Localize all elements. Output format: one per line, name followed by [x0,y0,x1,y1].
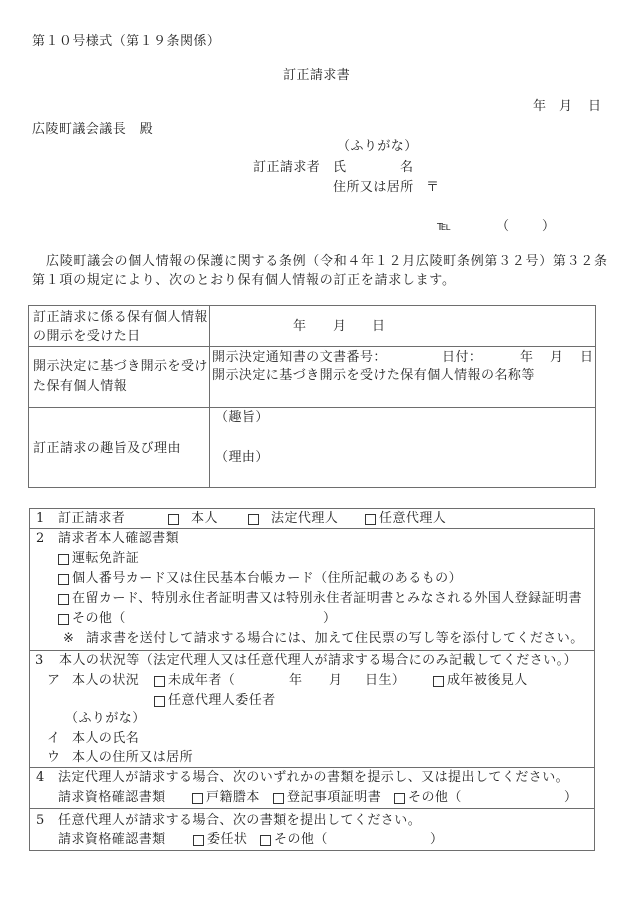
submission-date-day-label: 日 [588,99,601,115]
form-number: 第１０号様式（第１９条関係） [32,34,220,50]
birth-month-label: 月 [329,673,342,689]
qualification-doc-label: 請求資格確認書類 [58,790,166,806]
document-title: 訂正請求書 [283,68,350,84]
principal-address-label: 本人の住所又は居所 [72,750,193,766]
doc-number-label: 開示決定通知書の文書番号： [212,350,387,366]
option-label-registry-certificate: 登記事項証明書 [287,790,381,806]
disclosure-date-day-label: 日 [372,319,385,335]
checkbox-residence-card[interactable] [58,594,69,605]
option-label-legal-representative: 法定代理人 [271,511,338,527]
item-mark-i: イ [47,731,60,747]
requester-furigana-label: （ふりがな） [337,139,418,155]
checkbox-drivers-license[interactable] [58,554,69,565]
section-title: 訂正請求者 [58,511,125,527]
disclosure-date-row: 訂正請求に係る保有個人情報 の開示を受けた日 年 月 日 [29,306,595,346]
other-legal-doc-close-paren: ） [564,790,577,806]
section-number: 4 [36,770,45,786]
option-label-other-agent-doc: その他（ [274,832,328,848]
tel-paren-close: ） [542,219,555,235]
requester-name-label-first: 氏 [333,160,346,176]
section-number: 5 [36,813,45,829]
section-number: 1 [36,511,45,527]
other-id-close-paren: ） [323,611,336,627]
principal-status-label: 本人の状況 [72,673,139,689]
qualification-doc-label: 請求資格確認書類 [58,832,166,848]
checkbox-other-id[interactable] [58,614,69,625]
details-table: 1 訂正請求者 本人 法定代理人 任意代理人 2 請求者本人確認書類 運転免許証… [29,508,595,851]
checkbox-principal[interactable] [154,696,165,707]
section-title: 本人の状況等（法定代理人又は任意代理人が請求する場合にのみ記載してください。） [59,653,577,669]
option-label-minor: 未成年者（ [168,673,235,689]
checkbox-voluntary-agent[interactable] [365,514,376,525]
section-number: 3 [35,653,44,669]
section-legal-representative-docs: 4 法定代理人が請求する場合、次のいずれかの書類を提示し、又は提出してください。… [30,768,594,808]
checkbox-registry-certificate[interactable] [273,793,284,804]
option-label-drivers-license: 運転免許証 [72,551,139,567]
option-label-other-id: その他（ [72,611,126,627]
checkbox-minor[interactable] [154,676,165,687]
request-table: 訂正請求に係る保有個人情報 の開示を受けた日 年 月 日 開示決定に基づき開示を… [28,305,596,488]
birth-day-label: 日生） [365,673,405,689]
checkbox-self[interactable] [168,514,179,525]
purpose-reason-row: 訂正請求の趣旨及び理由 （趣旨） （理由） [29,408,595,487]
disclosure-date-label: の開示を受けた日 [33,329,141,345]
disclosed-info-label: た保有個人情報 [33,379,127,395]
checkbox-power-of-attorney[interactable] [193,835,204,846]
item-mark-u: ウ [47,750,60,766]
reason-label: （理由） [215,450,269,466]
intro-line: 第１項の規定により、次のとおり保有個人情報の訂正を請求します。 [32,273,456,289]
requester-label: 訂正請求者 [253,160,320,176]
purpose-reason-label: 訂正請求の趣旨及び理由 [33,441,181,457]
notice-date-year-label: 年 [520,350,533,366]
telephone-icon: ℡ [437,219,451,235]
addressee: 広陵町議会議長 殿 [32,122,153,138]
birth-year-label: 年 [289,673,302,689]
section-title: 法定代理人が請求する場合、次のいずれかの書類を提示し、又は提出してください。 [58,770,569,786]
section-identity-documents: 2 請求者本人確認書類 運転免許証 個人番号カード又は住民基本台帳カード（住所記… [30,529,594,650]
info-name-label: 開示決定に基づき開示を受けた保有個人情報の名称等 [212,368,535,384]
section-number: 2 [36,531,45,547]
checkbox-legal-representative[interactable] [248,514,259,525]
option-label-principal: 任意代理人委任者 [168,693,276,709]
disclosure-date-month-label: 月 [333,319,346,335]
notice-date-month-label: 月 [550,350,563,366]
option-label-self: 本人 [191,511,218,527]
disclosed-info-row: 開示決定に基づき開示を受け た保有個人情報 開示決定通知書の文書番号： 日付： … [29,347,595,407]
section-title: 任意代理人が請求する場合、次の書類を提出してください。 [58,813,421,829]
option-label-voluntary-agent: 任意代理人 [379,511,446,527]
checkbox-other-agent-doc[interactable] [260,835,271,846]
requester-address-label: 住所又は居所 [333,180,414,196]
option-label-my-number-card: 個人番号カード又は住民基本台帳カード（住所記載のあるもの） [72,571,462,587]
option-label-other-legal-doc: その他（ [408,790,462,806]
checkbox-family-register[interactable] [192,793,203,804]
tel-paren-open: （ [496,219,509,235]
other-agent-doc-close-paren: ） [430,832,443,848]
disclosure-date-label: 訂正請求に係る保有個人情報 [33,310,208,326]
intro-line: 広陵町議会の個人情報の保護に関する条例（令和４年１２月広陵町条例第３２号）第３２… [46,254,608,270]
requester-name-label-last: 名 [400,160,413,176]
section-voluntary-agent-docs: 5 任意代理人が請求する場合、次の書類を提出してください。 請求資格確認書類 委… [30,809,594,850]
disclosed-info-label: 開示決定に基づき開示を受け [33,359,208,375]
postal-mark-icon: 〒 [426,180,439,196]
disclosure-date-year-label: 年 [293,319,306,335]
section-requester-type: 1 訂正請求者 本人 法定代理人 任意代理人 [30,509,594,528]
submission-date-month-label: 月 [559,99,572,115]
submission-date-year-label: 年 [533,99,546,115]
notice-date-day-label: 日 [580,350,593,366]
checkbox-my-number-card[interactable] [58,574,69,585]
section-title: 請求者本人確認書類 [58,531,179,547]
section-principal-status: 3 本人の状況等（法定代理人又は任意代理人が請求する場合にのみ記載してください。… [30,651,594,767]
option-label-family-register: 戸籍謄本 [206,790,260,806]
mail-request-note: 請求書を送付して請求する場合には、加えて住民票の写し等を添付してください。 [86,631,584,647]
item-mark-a: ア [47,673,60,689]
option-label-residence-card: 在留カード、特別永住者証明書又は特別永住者証明書とみなされる外国人登録証明書 [72,591,582,607]
notice-date-label: 日付： [442,350,482,366]
checkbox-other-legal-doc[interactable] [394,793,405,804]
option-label-power-of-attorney: 委任状 [207,832,247,848]
note-mark-icon: ※ [63,631,74,647]
purpose-label: （趣旨） [215,410,269,426]
correction-request-form-page: 第１０号様式（第１９条関係） 訂正請求書 年 月 日 広陵町議会議長 殿 （ふり… [0,0,630,903]
option-label-adult-ward: 成年被後見人 [447,673,528,689]
checkbox-adult-ward[interactable] [433,676,444,687]
principal-furigana-label: （ふりがな） [65,711,146,727]
principal-name-label: 本人の氏名 [72,731,139,747]
